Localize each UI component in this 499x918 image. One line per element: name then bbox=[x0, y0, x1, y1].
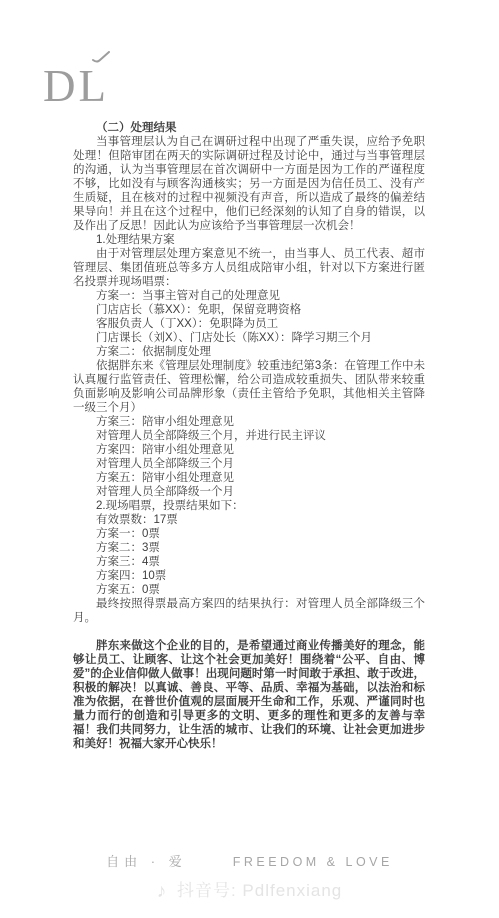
vote-result-line: 方案三：4票 bbox=[73, 555, 425, 569]
dl-logo-text: DL bbox=[43, 61, 109, 111]
footer-slogan: 自由 · 爱 FREEDOM & LOVE bbox=[0, 851, 499, 870]
paragraph-rule: 依据胖东来《管理层处理制度》较重违纪第3条：在管理工作中未认真履行监管责任、管理… bbox=[73, 359, 425, 415]
douyin-note-icon: ♪ bbox=[157, 881, 168, 903]
plan-line: 对管理人员全部降级三个月 bbox=[73, 457, 425, 471]
plan-line: 方案五：陪审小组处理意见 bbox=[73, 471, 425, 485]
plan-line: 方案一：当事主管对自己的处理意见 bbox=[73, 289, 425, 303]
vote-result-line: 方案二：3票 bbox=[73, 541, 425, 555]
plan-line: 门店课长（刘X）、门店处长（陈XX）：降学习期三个月 bbox=[73, 331, 425, 345]
vote-result-line: 方案五：0票 bbox=[73, 583, 425, 597]
subsection-2-heading: 2.现场唱票，投票结果如下： bbox=[73, 499, 425, 513]
plan-line: 方案二：依据制度处理 bbox=[73, 345, 425, 359]
vote-result-line: 有效票数：17票 bbox=[73, 513, 425, 527]
document-body: （二）处理结果 当事管理层认为自己在调研过程中出现了严重失误，应给予免职处理！但… bbox=[73, 121, 425, 751]
dl-logo: DL bbox=[43, 64, 109, 109]
plan-line: 方案四：陪审小组处理意见 bbox=[73, 443, 425, 457]
douyin-watermark: ♪ 抖音号: Pdlfenxiang bbox=[0, 876, 499, 903]
subsection-1-heading: 1.处理结果方案 bbox=[73, 233, 425, 247]
footer-slogan-en: FREEDOM & LOVE bbox=[233, 855, 393, 869]
paragraph-jury: 由于对管理层处理方案意见不统一，由当事人、员工代表、超市管理层、集团值班总等多方… bbox=[73, 247, 425, 289]
plan-line: 对管理人员全部降级三个月，并进行民主评议 bbox=[73, 429, 425, 443]
final-decision-line: 最终按照得票最高方案四的结果执行：对管理人员全部降级三个月。 bbox=[73, 597, 425, 625]
plan-line: 门店店长（慕XX）：免职，保留竞聘资格 bbox=[73, 303, 425, 317]
footer-slogan-cn: 自由 · 爱 bbox=[106, 851, 187, 870]
vote-result-line: 方案四：10票 bbox=[73, 569, 425, 583]
paragraph-intro: 当事管理层认为自己在调研过程中出现了严重失误，应给予免职处理！但陪审团在两天的实… bbox=[73, 135, 425, 233]
section-heading: （二）处理结果 bbox=[73, 121, 425, 135]
plan-line: 客服负责人（丁XX）：免职降为员工 bbox=[73, 317, 425, 331]
closing-paragraph: 胖东来做这个企业的目的，是希望通过商业传播美好的理念，能够让员工、让顾客、让这个… bbox=[73, 639, 425, 751]
plan-line: 方案三：陪审小组处理意见 bbox=[73, 415, 425, 429]
logo-accent-check-icon bbox=[91, 51, 111, 65]
plan-line: 对管理人员全部降级一个月 bbox=[73, 485, 425, 499]
vote-result-line: 方案一：0票 bbox=[73, 527, 425, 541]
douyin-handle-text: 抖音号: Pdlfenxiang bbox=[177, 881, 342, 900]
